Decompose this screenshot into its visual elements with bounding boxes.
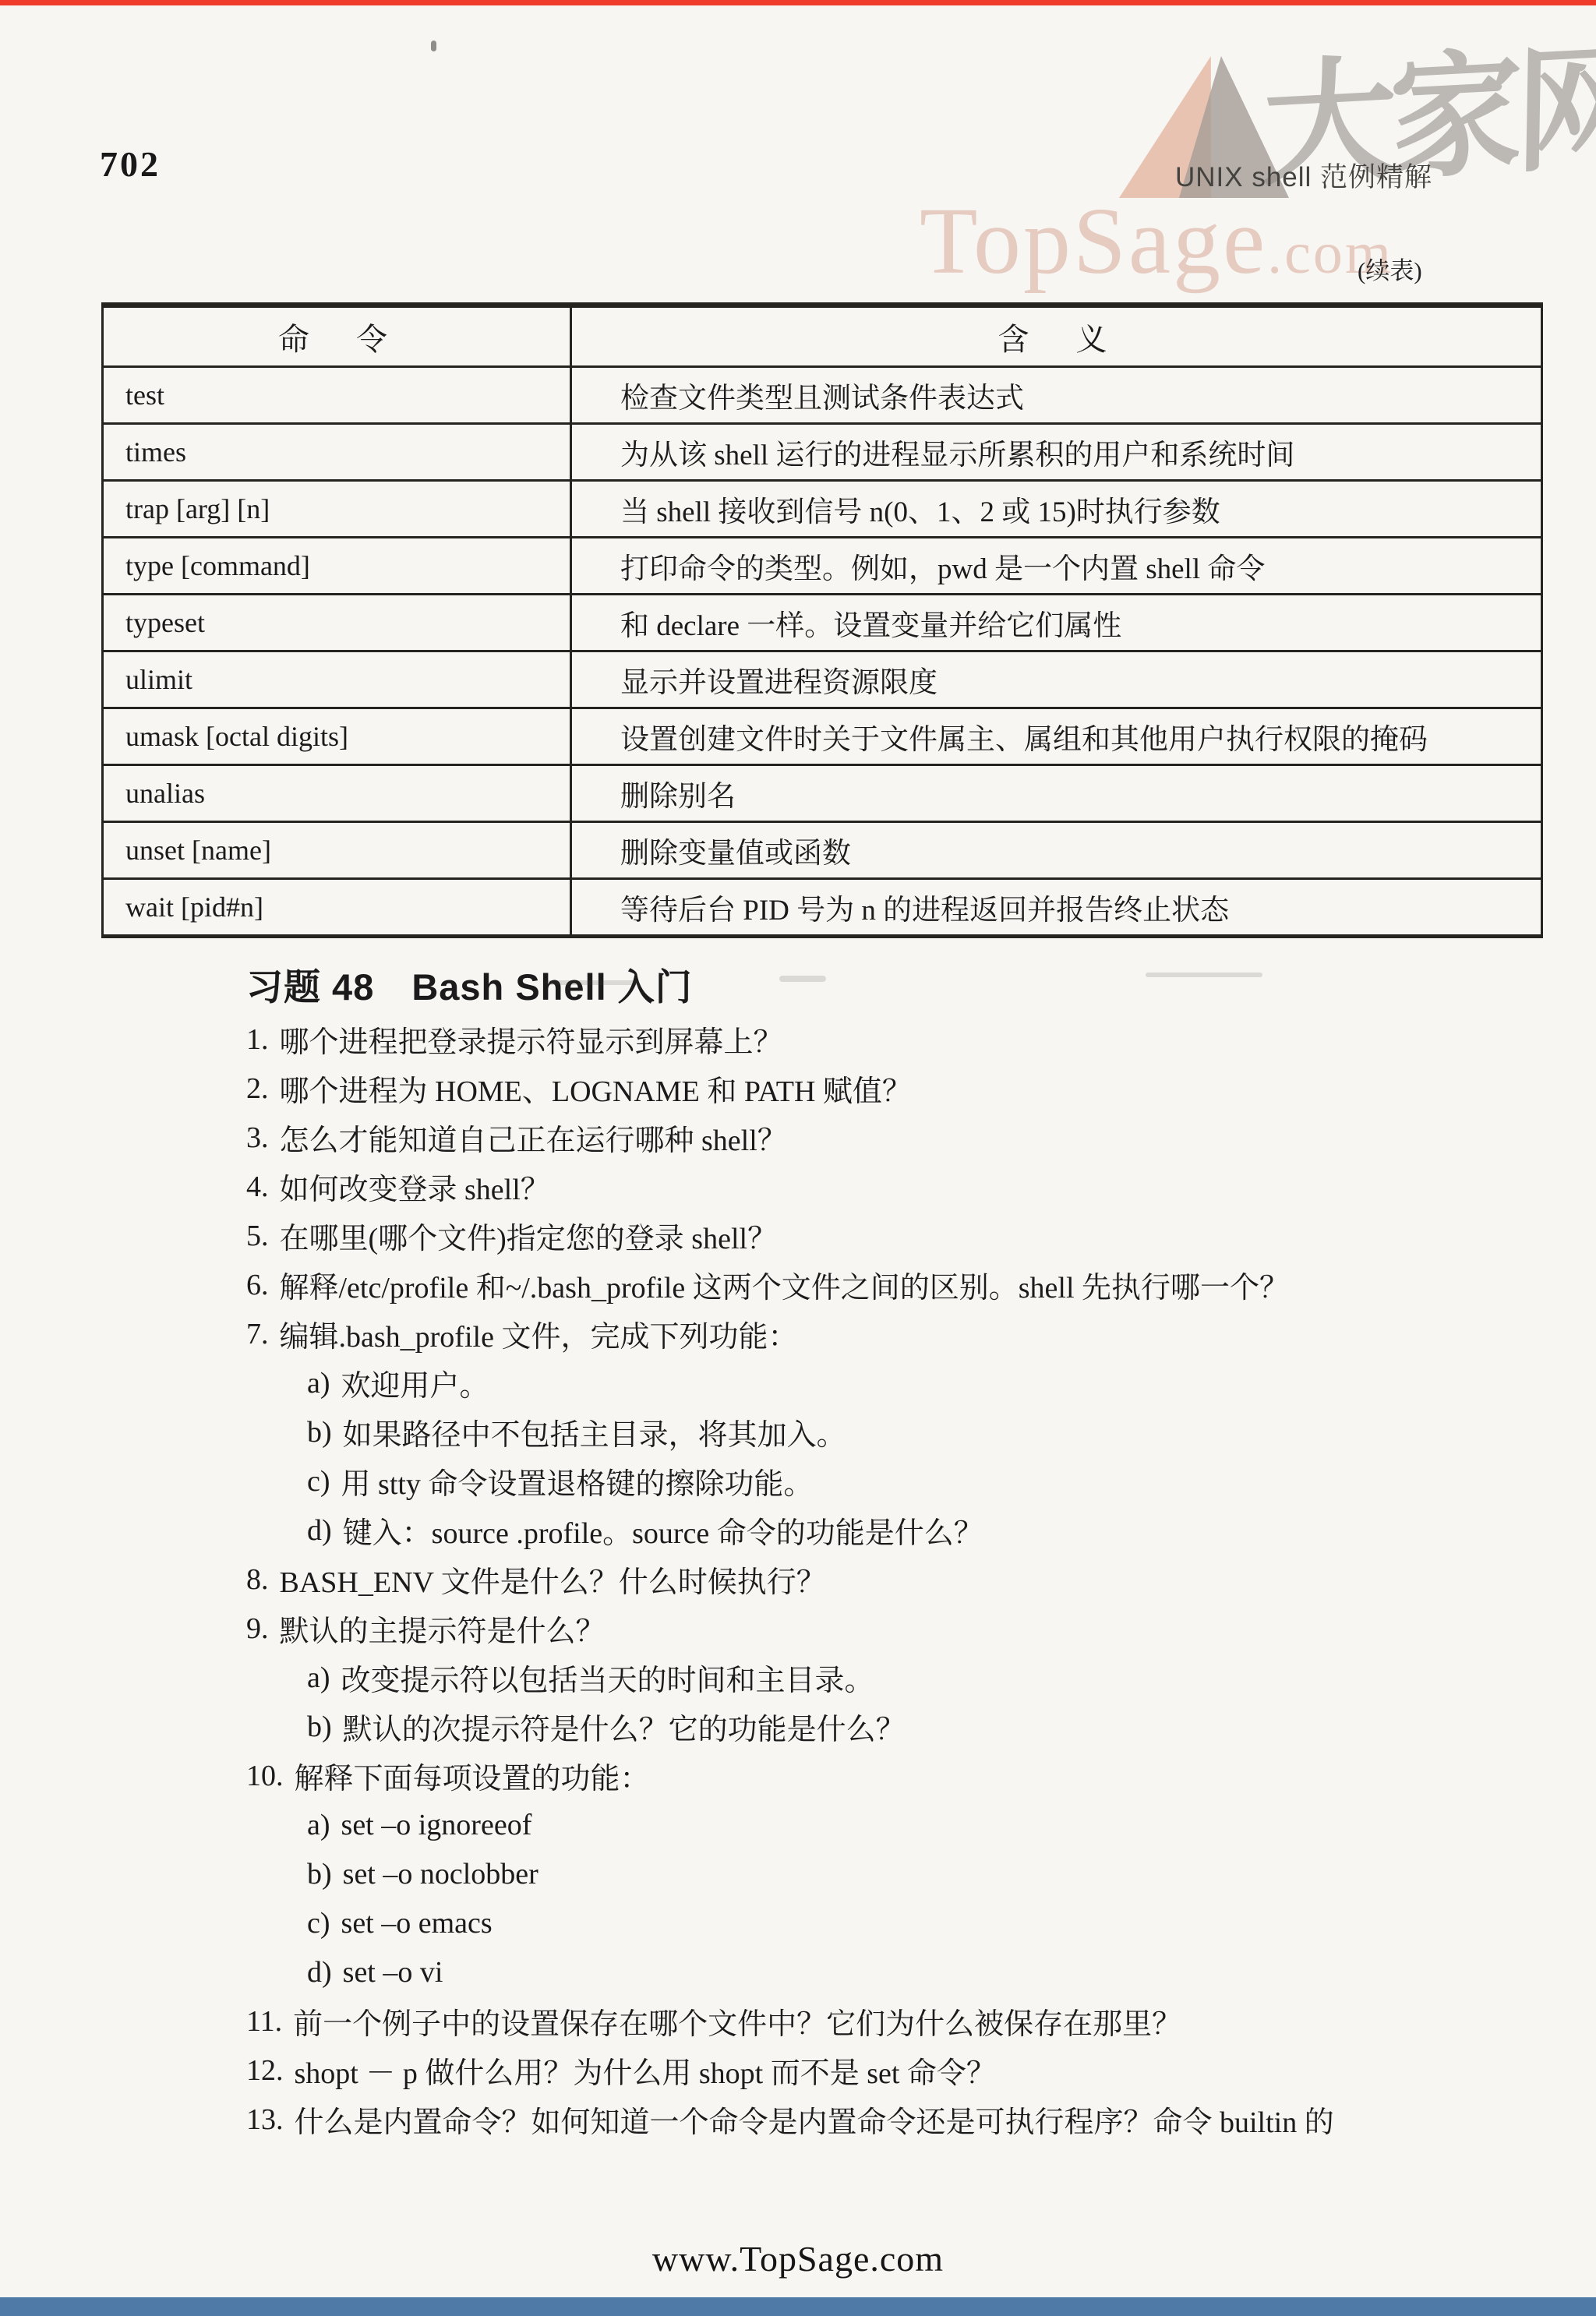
scan-smudge [1146,973,1262,977]
column-header-meaning: 含 义 [570,308,1541,365]
exercise-item: 9.默认的主提示符是什么？ [246,1604,1563,1653]
table-row: ulimit 显示并设置进程资源限度 [104,650,1541,707]
exercise-item: d)set –o vi [246,1947,1563,1996]
meaning-cell: 当 shell 接收到信号 n(0、1、2 或 15)时执行参数 [570,482,1541,536]
exercise-item-text: 改变提示符以包括当天的时间和主目录。 [341,1656,874,1699]
exercise-item: 12.shopt － p 做什么用？为什么用 shopt 而不是 set 命令？ [246,2046,1563,2095]
table-row: typeset 和 declare 一样。设置变量并给它们属性 [104,593,1541,650]
exercise-item-text: 前一个例子中的设置保存在哪个文件中？它们为什么被保存在那里？ [293,2000,1181,2042]
exercise-item-text: 默认的主提示符是什么？ [280,1607,606,1650]
table-row: unset [name] 删除变量值或函数 [104,821,1541,877]
exercise-item-text: 什么是内置命令？如何知道一个命令是内置命令还是可执行程序？命令 builtin … [295,2098,1334,2141]
exercise-item-label: 5. [246,1219,269,1253]
book-page: 702 大家网 UNIX shell 范例精解 TopSage.com (续表)… [0,0,1596,2316]
command-cell: times [104,425,570,479]
command-cell: trap [arg] [n] [104,482,570,536]
bottom-blue-bar [0,2297,1596,2316]
table-row: trap [arg] [n] 当 shell 接收到信号 n(0、1、2 或 1… [104,479,1541,536]
exercise-item-text: 如果路径中不包括主目录，将其加入。 [343,1410,846,1453]
table-row: unalias 删除别名 [104,764,1541,821]
exercise-item-label: 2. [246,1072,269,1106]
exercise-item-label: a) [307,1808,330,1842]
exercise-item: c)set –o emacs [246,1898,1563,1947]
exercise-item-label: 10. [246,1759,284,1793]
exercise-item-text: 用 stty 命令设置退格键的擦除功能。 [341,1460,814,1502]
footer-url: www.TopSage.com [0,2238,1596,2279]
scan-smudge [431,41,436,51]
exercise-item-label: a) [307,1366,330,1400]
exercise-item: 5.在哪里(哪个文件)指定您的登录 shell？ [246,1211,1563,1260]
table-row: times 为从该 shell 运行的进程显示所累积的用户和系统时间 [104,422,1541,479]
exercise-item-label: b) [307,1710,332,1744]
exercise-item-label: 6. [246,1268,269,1302]
exercise-item-text: 默认的次提示符是什么？它的功能是什么？ [343,1705,906,1748]
top-red-line [0,0,1596,5]
exercise-item-text: set –o emacs [341,1906,493,1940]
exercise-item: 8.BASH_ENV 文件是什么？什么时候执行？ [246,1555,1563,1604]
table-row: test 检查文件类型且测试条件表达式 [104,365,1541,422]
scan-smudge [546,980,639,985]
exercise-item-text: 哪个进程把登录提示符显示到屏幕上？ [280,1018,783,1061]
meaning-cell: 和 declare 一样。设置变量并给它们属性 [570,595,1541,650]
exercise-item-label: 1. [246,1022,269,1057]
exercise-item-text: shopt － p 做什么用？为什么用 shopt 而不是 set 命令？ [295,2049,996,2092]
exercise-item: d)键入：source .profile。source 命令的功能是什么？ [246,1506,1563,1555]
meaning-cell: 设置创建文件时关于文件属主、属组和其他用户执行权限的掩码 [570,709,1541,764]
meaning-cell: 删除变量值或函数 [570,823,1541,877]
exercise-item-label: b) [307,1857,332,1891]
exercise-item-label: 9. [246,1612,269,1646]
exercise-item: b)set –o noclobber [246,1849,1563,1898]
page-number: 702 [100,143,161,185]
scan-smudge [779,976,826,982]
exercise-item-text: 键入：source .profile。source 命令的功能是什么？ [343,1509,983,1552]
exercise-item-label: 13. [246,2102,284,2137]
exercise-item-text: 哪个进程为 HOME、LOGNAME 和 PATH 赋值？ [280,1067,912,1110]
exercise-item: 10.解释下面每项设置的功能： [246,1751,1563,1800]
meaning-cell: 为从该 shell 运行的进程显示所累积的用户和系统时间 [570,425,1541,479]
table-row: umask [octal digits] 设置创建文件时关于文件属主、属组和其他… [104,707,1541,764]
meaning-cell: 显示并设置进程资源限度 [570,652,1541,707]
command-cell: unalias [104,766,570,821]
exercise-item-label: b) [307,1415,332,1449]
meaning-cell: 等待后台 PID 号为 n 的进程返回并报告终止状态 [570,880,1541,934]
exercise-item-label: 4. [246,1170,269,1204]
exercise-item-text: 如何改变登录 shell？ [280,1165,550,1208]
exercise-item-text: 欢迎用户。 [341,1361,489,1404]
exercise-item: c)用 stty 命令设置退格键的擦除功能。 [246,1456,1563,1506]
command-cell: typeset [104,595,570,650]
exercise-item: 7.编辑.bash_profile 文件，完成下列功能： [246,1309,1563,1358]
exercise-item-text: 解释/etc/profile 和~/.bash_profile 这两个文件之间的… [280,1263,1290,1306]
exercise-item-text: BASH_ENV 文件是什么？什么时候执行？ [280,1558,826,1601]
meaning-cell: 检查文件类型且测试条件表达式 [570,368,1541,422]
exercise-item: 1.哪个进程把登录提示符显示到屏幕上？ [246,1015,1563,1064]
exercise-item-label: 11. [246,2004,282,2039]
exercise-item-label: d) [307,1955,332,1989]
exercise-item: 2.哪个进程为 HOME、LOGNAME 和 PATH 赋值？ [246,1064,1563,1113]
exercise-item-label: 3. [246,1121,269,1155]
exercise-item: a)欢迎用户。 [246,1358,1563,1407]
command-cell: ulimit [104,652,570,707]
command-cell: wait [pid#n] [104,880,570,934]
topsage-watermark: TopSage.com [920,187,1393,296]
exercise-item-label: 7. [246,1317,269,1351]
command-cell: unset [name] [104,823,570,877]
exercise-item-text: 怎么才能知道自己正在运行哪种 shell？ [280,1116,787,1159]
exercise-item-text: set –o noclobber [343,1857,538,1891]
exercise-question-list: 1.哪个进程把登录提示符显示到屏幕上？ 2.哪个进程为 HOME、LOGNAME… [246,1015,1563,2144]
command-reference-table: 命 令 含 义 test 检查文件类型且测试条件表达式 times 为从该 sh… [101,302,1543,938]
exercise-item: 3.怎么才能知道自己正在运行哪种 shell？ [246,1113,1563,1162]
command-cell: umask [octal digits] [104,709,570,764]
exercise-item-label: 12. [246,2053,284,2088]
exercise-item-text: 解释下面每项设置的功能： [295,1754,650,1797]
table-row: wait [pid#n] 等待后台 PID 号为 n 的进程返回并报告终止状态 [104,877,1541,934]
command-cell: type [command] [104,538,570,593]
exercise-item: 6.解释/etc/profile 和~/.bash_profile 这两个文件之… [246,1260,1563,1309]
exercise-item-label: d) [307,1513,332,1548]
exercise-item-label: c) [307,1906,330,1940]
exercise-item-text: 在哪里(哪个文件)指定您的登录 shell？ [280,1214,778,1257]
exercise-item-text: 编辑.bash_profile 文件，完成下列功能： [280,1312,798,1355]
continued-table-label: (续表) [1358,251,1422,286]
exercise-item-label: c) [307,1464,330,1499]
exercise-item: 13.什么是内置命令？如何知道一个命令是内置命令还是可执行程序？命令 built… [246,2095,1563,2144]
meaning-cell: 删除别名 [570,766,1541,821]
meaning-cell: 打印命令的类型。例如，pwd 是一个内置 shell 命令 [570,538,1541,593]
table-header-row: 命 令 含 义 [104,308,1541,365]
watermark-brand: TopSage [920,189,1267,294]
exercise-item: 11.前一个例子中的设置保存在哪个文件中？它们为什么被保存在那里？ [246,1996,1563,2046]
exercise-item: b)如果路径中不包括主目录，将其加入。 [246,1407,1563,1456]
exercise-item: b)默认的次提示符是什么？它的功能是什么？ [246,1702,1563,1751]
command-cell: test [104,368,570,422]
exercise-item-label: 8. [246,1562,269,1597]
column-header-command: 命 令 [104,308,570,365]
exercise-item: 4.如何改变登录 shell？ [246,1162,1563,1211]
exercise-item-label: a) [307,1661,330,1695]
exercise-item: a)改变提示符以包括当天的时间和主目录。 [246,1653,1563,1702]
exercise-item: a)set –o ignoreeof [246,1800,1563,1849]
exercise-item-text: set –o ignoreeof [341,1808,532,1842]
exercise-item-text: set –o vi [343,1955,443,1989]
table-row: type [command] 打印命令的类型。例如，pwd 是一个内置 shel… [104,536,1541,593]
